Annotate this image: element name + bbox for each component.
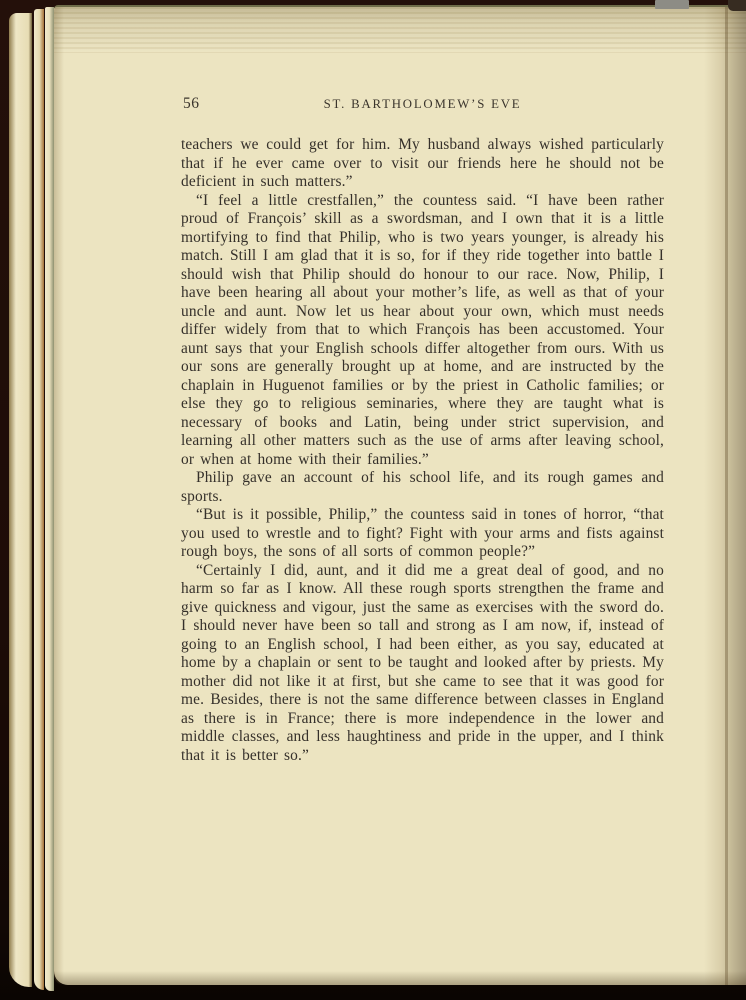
page-edge-strip <box>45 7 54 991</box>
binding-corner <box>728 0 746 11</box>
paragraph: “I feel a little crestfallen,” the count… <box>181 192 664 470</box>
paragraph: “Certainly I did, aunt, and it did me a … <box>181 562 664 766</box>
running-title: ST. BARTHOLOMEW’S EVE <box>181 95 664 112</box>
book-page: 56 ST. BARTHOLOMEW’S EVE teachers we cou… <box>54 5 746 985</box>
page-bottom-shadow <box>54 971 746 985</box>
page-edge-strip <box>9 13 32 987</box>
page-left-shadow <box>54 7 64 985</box>
paragraph: Philip gave an account of his school lif… <box>181 469 664 506</box>
gutter-shadow <box>704 7 746 985</box>
page-header: 56 ST. BARTHOLOMEW’S EVE <box>181 95 664 113</box>
paragraph: “But is it possible, Philip,” the counte… <box>181 506 664 562</box>
binding-notch <box>655 0 689 9</box>
gutter-crease <box>725 7 728 985</box>
page-edge-strip <box>34 9 44 990</box>
page-text: teachers we could get for him. My husban… <box>181 136 664 765</box>
page-number: 56 <box>183 95 200 113</box>
paragraph: teachers we could get for him. My husban… <box>181 136 664 192</box>
book-scan: 56 ST. BARTHOLOMEW’S EVE teachers we cou… <box>0 0 746 1000</box>
page-top-shadow <box>54 7 746 53</box>
